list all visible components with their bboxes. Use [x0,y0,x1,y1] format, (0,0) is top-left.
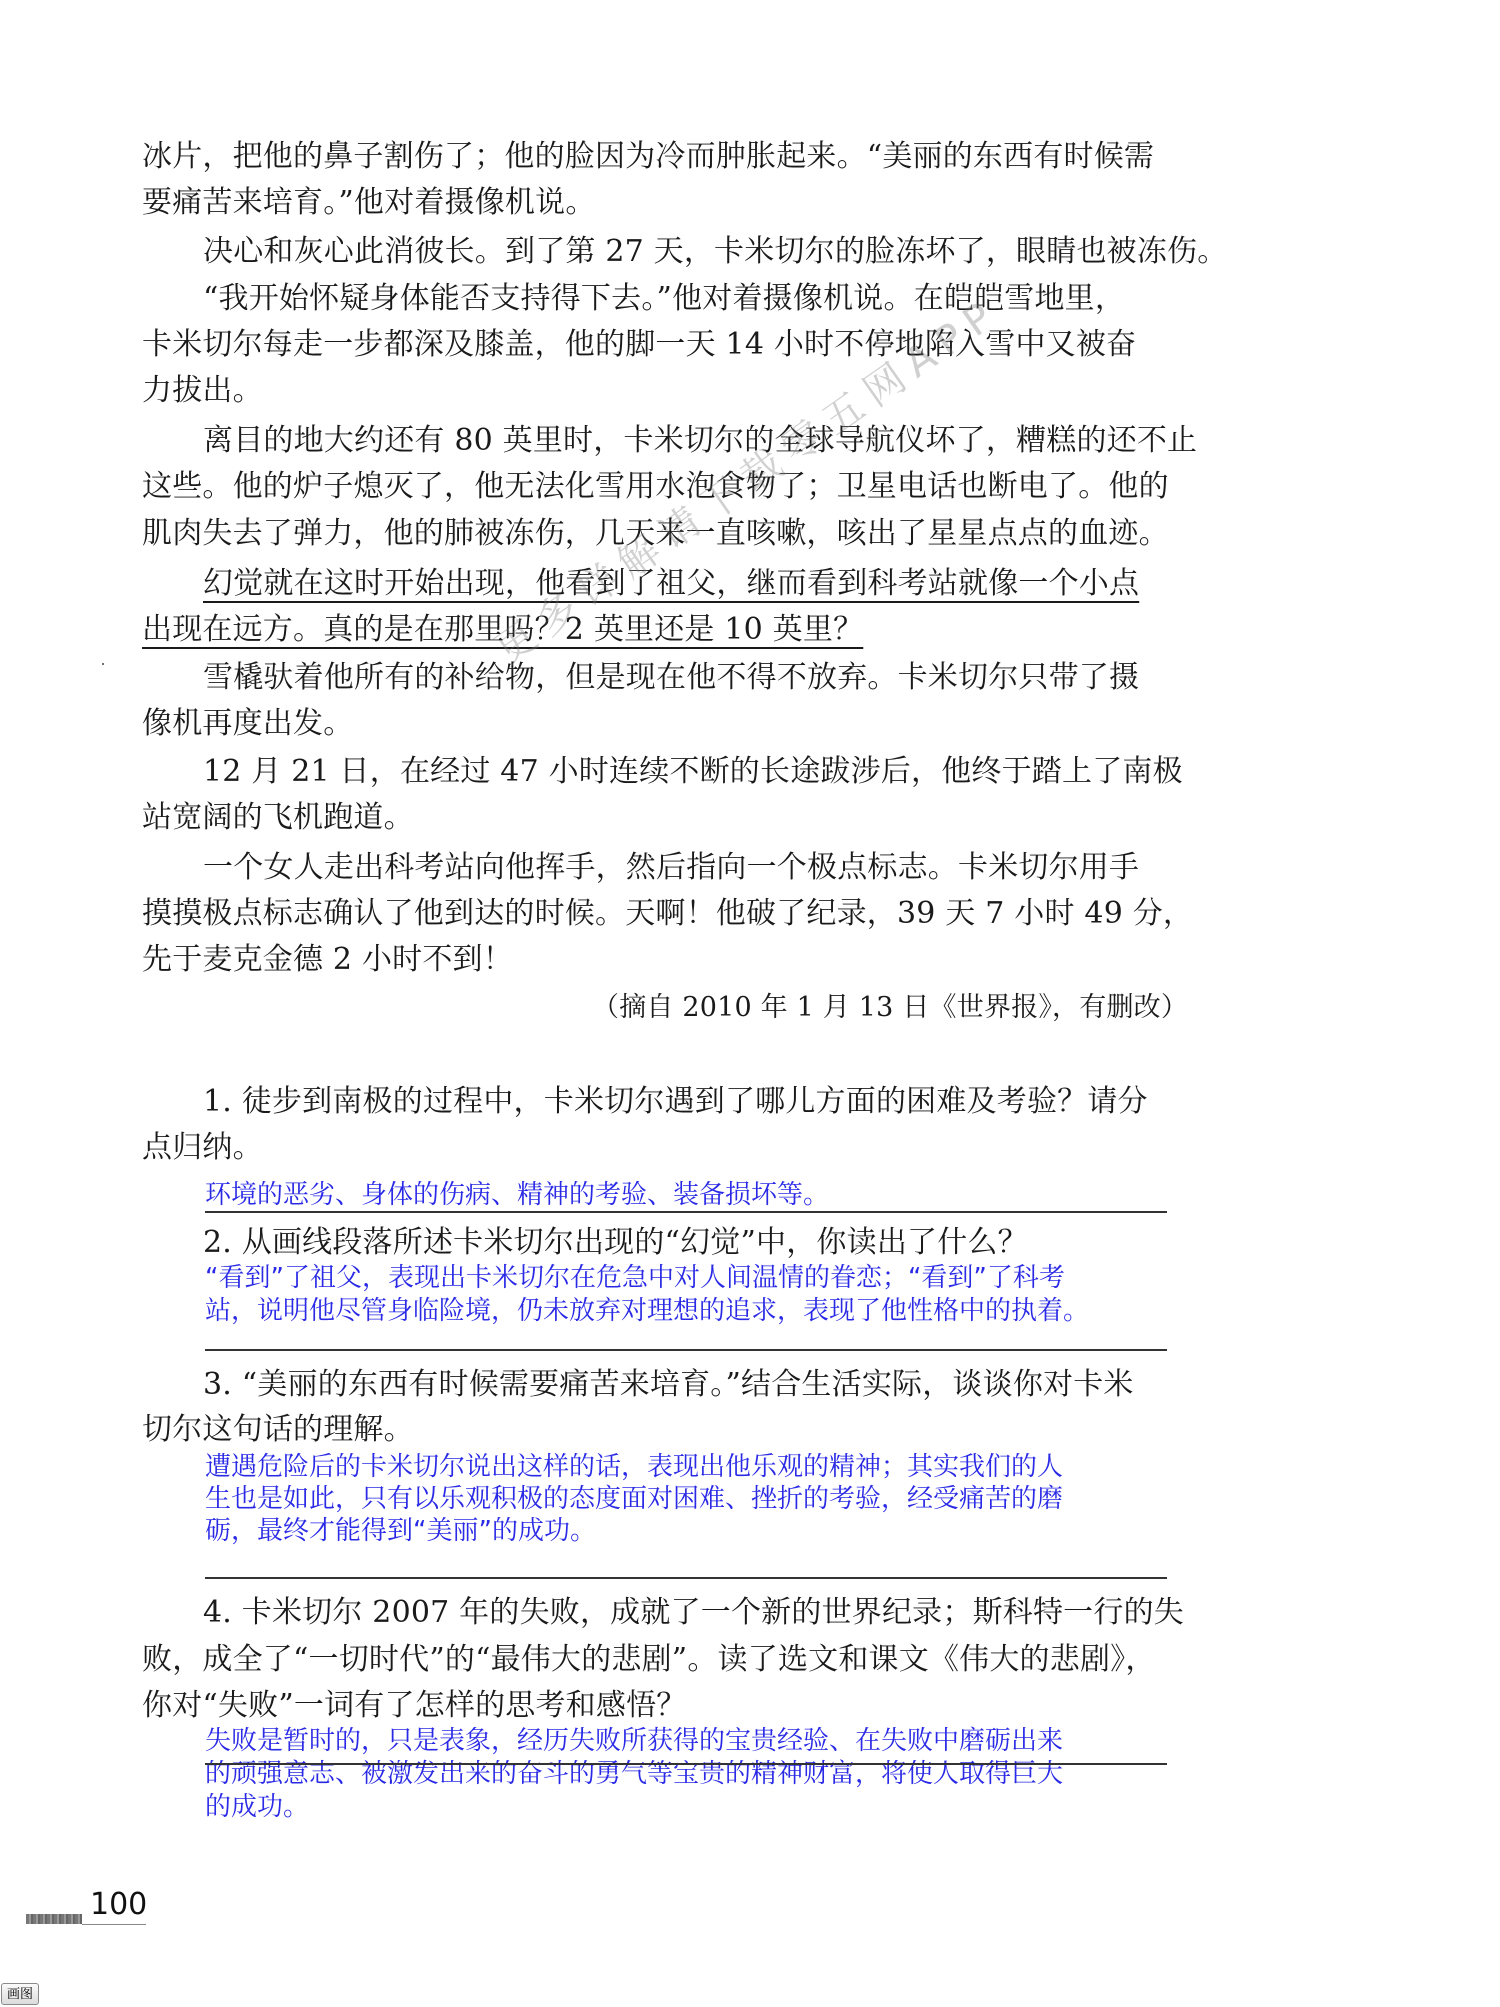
answer-rule [205,1349,1167,1351]
answer-text: 砺，最终才能得到“美丽”的成功。 [205,1515,596,1548]
passage-line: 雪橇驮着他所有的补给物，但是现在他不得不放弃。卡米切尔只带了摄 [203,655,1139,701]
passage-line: 摸摸极点标志确认了他到达的时候。天啊！他破了纪录，39 天 7 小时 49 分， [142,891,1193,937]
answer-text: 站，说明他尽管身临险境，仍未放弃对理想的追求，表现了他性格中的执着。 [205,1295,1089,1328]
passage-line: 12 月 21 日，在经过 47 小时连续不断的长途跋涉后，他终于踏上了南极 [203,749,1183,795]
question-text: 2. 从画线段落所述卡米切尔出现的“幻觉”中，你读出了什么？ [203,1220,1028,1266]
answer-text: 生也是如此，只有以乐观积极的态度面对困难、挫折的考验，经受痛苦的磨 [205,1483,1063,1516]
page-number-rule [82,1924,146,1925]
passage-line: “我开始怀疑身体能否支持得下去。”他对着摄像机说。在皑皑雪地里， [203,276,1125,322]
passage-line: 离目的地大约还有 80 英里时，卡米切尔的全球导航仪坏了，糟糕的还不止 [203,418,1197,464]
passage-line: 决心和灰心此消彼长。到了第 27 天，卡米切尔的脸冻坏了，眼睛也被冻伤。 [203,229,1227,275]
passage-line: 这些。他的炉子熄灭了，他无法化雪用水泡食物了；卫星电话也断电了。他的 [142,464,1169,510]
source-citation: （摘自 2010 年 1 月 13 日《世界报》，有删改） [592,985,1188,1031]
paint-button[interactable]: 画图 [1,1983,39,2005]
passage-line: 先于麦克金德 2 小时不到！ [142,937,513,983]
answer-text: 遭遇危险后的卡米切尔说出这样的话，表现出他乐观的精神；其实我们的人 [205,1451,1063,1484]
question-text: 败，成全了“一切时代”的“最伟大的悲剧”。读了选文和课文《伟大的悲剧》， [142,1637,1156,1683]
scan-speck [102,663,104,665]
answer-rule [205,1211,1167,1213]
passage-line: 冰片，把他的鼻子割伤了；他的脸因为冷而肿胀起来。“美丽的东西有时候需 [142,134,1154,180]
answer-rule [205,1577,1167,1579]
answer-text: 的成功。 [205,1791,309,1824]
passage-line: 卡米切尔每走一步都深及膝盖，他的脚一天 14 小时不停地陷入雪中又被奋 [142,322,1136,368]
answer-text: 失败是暂时的，只是表象，经历失败所获得的宝贵经验、在失败中磨砺出来 [205,1725,1063,1758]
page-number-bar [26,1914,82,1924]
question-text: 3. “美丽的东西有时候需要痛苦来培育。”结合生活实际，谈谈你对卡米 [203,1362,1134,1408]
passage-line: 要痛苦来培育。”他对着摄像机说。 [142,180,596,226]
passage-line: 站宽阔的飞机跑道。 [142,795,414,841]
passage-line: 肌肉失去了弹力，他的肺被冻伤，几天来一直咳嗽，咳出了星星点点的血迹。 [142,511,1169,557]
answer-text: 环境的恶劣、身体的伤病、精神的考验、装备损坏等。 [205,1179,829,1212]
question-text: 1. 徒步到南极的过程中，卡米切尔遇到了哪儿方面的困难及考验？请分 [203,1079,1148,1125]
underlined-passage-line: 出现在远方。真的是在那里吗？2 英里还是 10 英里？ [142,607,863,653]
answer-rule [205,1763,1167,1765]
page-number: 100 [90,1888,147,1922]
question-text: 你对“失败”一词有了怎样的思考和感悟？ [142,1683,686,1729]
underlined-passage-line: 幻觉就在这时开始出现，他看到了祖父，继而看到科考站就像一个小点 [203,561,1139,607]
question-text: 切尔这句话的理解。 [142,1407,414,1453]
passage-line: 一个女人走出科考站向他挥手，然后指向一个极点标志。卡米切尔用手 [203,845,1139,891]
passage-line: 力拔出。 [142,368,263,414]
question-text: 4. 卡米切尔 2007 年的失败，成就了一个新的世界纪录；斯科特一行的失 [203,1590,1184,1636]
question-text: 点归纳。 [142,1125,263,1171]
passage-line: 像机再度出发。 [142,701,353,747]
answer-text: “看到”了祖父，表现出卡米切尔在危急中对人间温情的眷恋；“看到”了科考 [205,1262,1065,1295]
